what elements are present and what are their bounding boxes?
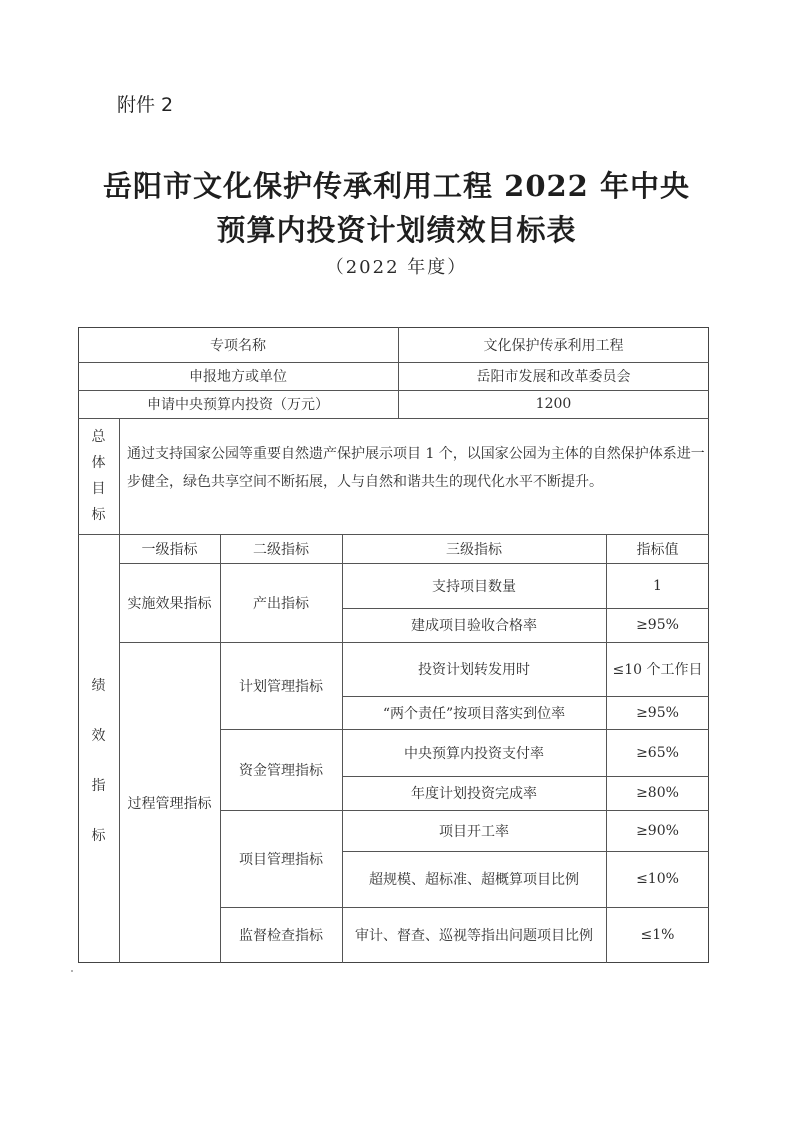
level2-plan-management: 计划管理指标 <box>220 642 342 729</box>
indicator-value: ≥90% <box>606 810 709 851</box>
indicator-value: ≤1% <box>606 907 709 963</box>
level3-indicator: 超规模、超标准、超概算项目比例 <box>342 851 606 907</box>
header-level2: 二级指标 <box>220 534 342 563</box>
indicator-value: 1 <box>606 563 709 608</box>
level3-indicator: 年度计划投资完成率 <box>342 776 606 810</box>
indicator-value: ≥80% <box>606 776 709 810</box>
document-title-line1: 岳阳市文化保护传承利用工程 2022 年中央 <box>0 164 793 205</box>
attachment-label: 附件 2 <box>117 90 173 117</box>
header-level1: 一级指标 <box>119 534 220 563</box>
level3-indicator: 投资计划转发用时 <box>342 642 606 696</box>
level3-indicator: 审计、督查、巡视等指出问题项目比例 <box>342 907 606 963</box>
project-name-value: 文化保护传承利用工程 <box>398 327 709 362</box>
overall-goal-label: 总 体 目 标 <box>78 418 119 534</box>
goal-label-char: 标 <box>92 508 106 522</box>
level3-indicator: 中央预算内投资支付率 <box>342 729 606 776</box>
indicator-value: ≤10% <box>606 851 709 907</box>
applicant-label: 申报地方或单位 <box>78 362 398 390</box>
project-name-label: 专项名称 <box>78 327 398 362</box>
indicator-value: ≤10 个工作日 <box>606 642 709 696</box>
level3-indicator: “两个责任”按项目落实到位率 <box>342 696 606 729</box>
investment-label: 申请中央预算内投资（万元） <box>78 390 398 418</box>
applicant-value: 岳阳市发展和改革委员会 <box>398 362 709 390</box>
performance-indicators-label: 绩 效 指 标 <box>78 534 119 963</box>
indicator-value: ≥65% <box>606 729 709 776</box>
goal-label-char: 总 <box>92 430 106 444</box>
indicator-label-char: 效 <box>92 729 106 743</box>
level2-supervision: 监督检查指标 <box>220 907 342 963</box>
level3-indicator: 支持项目数量 <box>342 563 606 608</box>
level1-process-management: 过程管理指标 <box>119 642 220 963</box>
level1-implementation-effect: 实施效果指标 <box>119 563 220 642</box>
indicator-label-char: 标 <box>92 829 106 843</box>
overall-goal-text: 通过支持国家公园等重要自然遗产保护展示项目 1 个，以国家公园为主体的自然保护体… <box>127 440 705 496</box>
level2-output: 产出指标 <box>220 563 342 642</box>
level2-fund-management: 资金管理指标 <box>220 729 342 810</box>
level3-indicator: 项目开工率 <box>342 810 606 851</box>
document-title-line2: 预算内投资计划绩效目标表 <box>0 208 793 249</box>
investment-value: 1200 <box>398 390 709 418</box>
goal-label-char: 目 <box>92 482 106 496</box>
scan-speck <box>71 970 73 972</box>
header-level3: 三级指标 <box>342 534 606 563</box>
header-value: 指标值 <box>606 534 709 563</box>
indicator-value: ≥95% <box>606 696 709 729</box>
document-subtitle: （2022 年度） <box>0 253 793 279</box>
indicator-label-char: 绩 <box>92 679 106 693</box>
row-divider <box>78 418 709 419</box>
goal-label-char: 体 <box>92 456 106 470</box>
indicator-value: ≥95% <box>606 608 709 642</box>
indicator-label-char: 指 <box>92 779 106 793</box>
level3-indicator: 建成项目验收合格率 <box>342 608 606 642</box>
level2-project-management: 项目管理指标 <box>220 810 342 907</box>
